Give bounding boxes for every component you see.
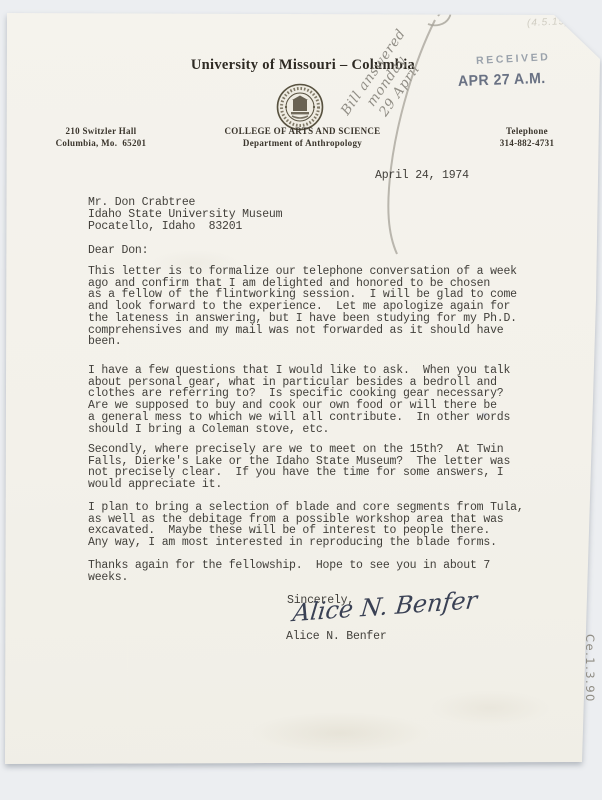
paper-stain bbox=[430, 690, 550, 726]
paragraph-5: Thanks again for the fellowship. Hope to… bbox=[88, 560, 490, 583]
faint-corner-mark: (4.5.15) bbox=[527, 16, 570, 29]
telephone-label: Telephone bbox=[506, 126, 548, 136]
received-stamp-word: RECEIVED bbox=[476, 51, 551, 67]
letter-paper: University of Missouri – Columbia COLLEG… bbox=[0, 0, 602, 800]
recipient-address: Mr. Don Crabtree Idaho State University … bbox=[88, 197, 282, 233]
paper-stain bbox=[250, 712, 430, 754]
handwritten-signature: Alice N. Benfer bbox=[292, 586, 485, 628]
paragraph-4: I plan to bring a selection of blade and… bbox=[88, 502, 524, 549]
scanned-letter-page: University of Missouri – Columbia COLLEG… bbox=[0, 0, 602, 800]
paragraph-2: I have a few questions that I would like… bbox=[88, 365, 510, 435]
telephone-number: 314-882-4731 bbox=[500, 138, 555, 148]
paragraph-1: This letter is to formalize our telephon… bbox=[88, 266, 517, 348]
university-seal-icon bbox=[276, 83, 324, 131]
paper-shadow: University of Missouri – Columbia COLLEG… bbox=[0, 0, 602, 800]
typed-signature-name: Alice N. Benfer bbox=[286, 631, 387, 643]
paragraph-3: Secondly, where precisely are we to meet… bbox=[88, 444, 510, 491]
letter-date: April 24, 1974 bbox=[375, 170, 469, 182]
salutation: Dear Don: bbox=[88, 245, 148, 257]
letterhead-address: 210 Switzler Hall Columbia, Mo. 65201 bbox=[36, 125, 166, 149]
received-stamp-date: APR 27 A.M. bbox=[458, 70, 546, 90]
margin-catalog-number: Ce.1.3.90 bbox=[583, 634, 597, 764]
letterhead-telephone: Telephone314-882-4731 bbox=[477, 125, 577, 149]
